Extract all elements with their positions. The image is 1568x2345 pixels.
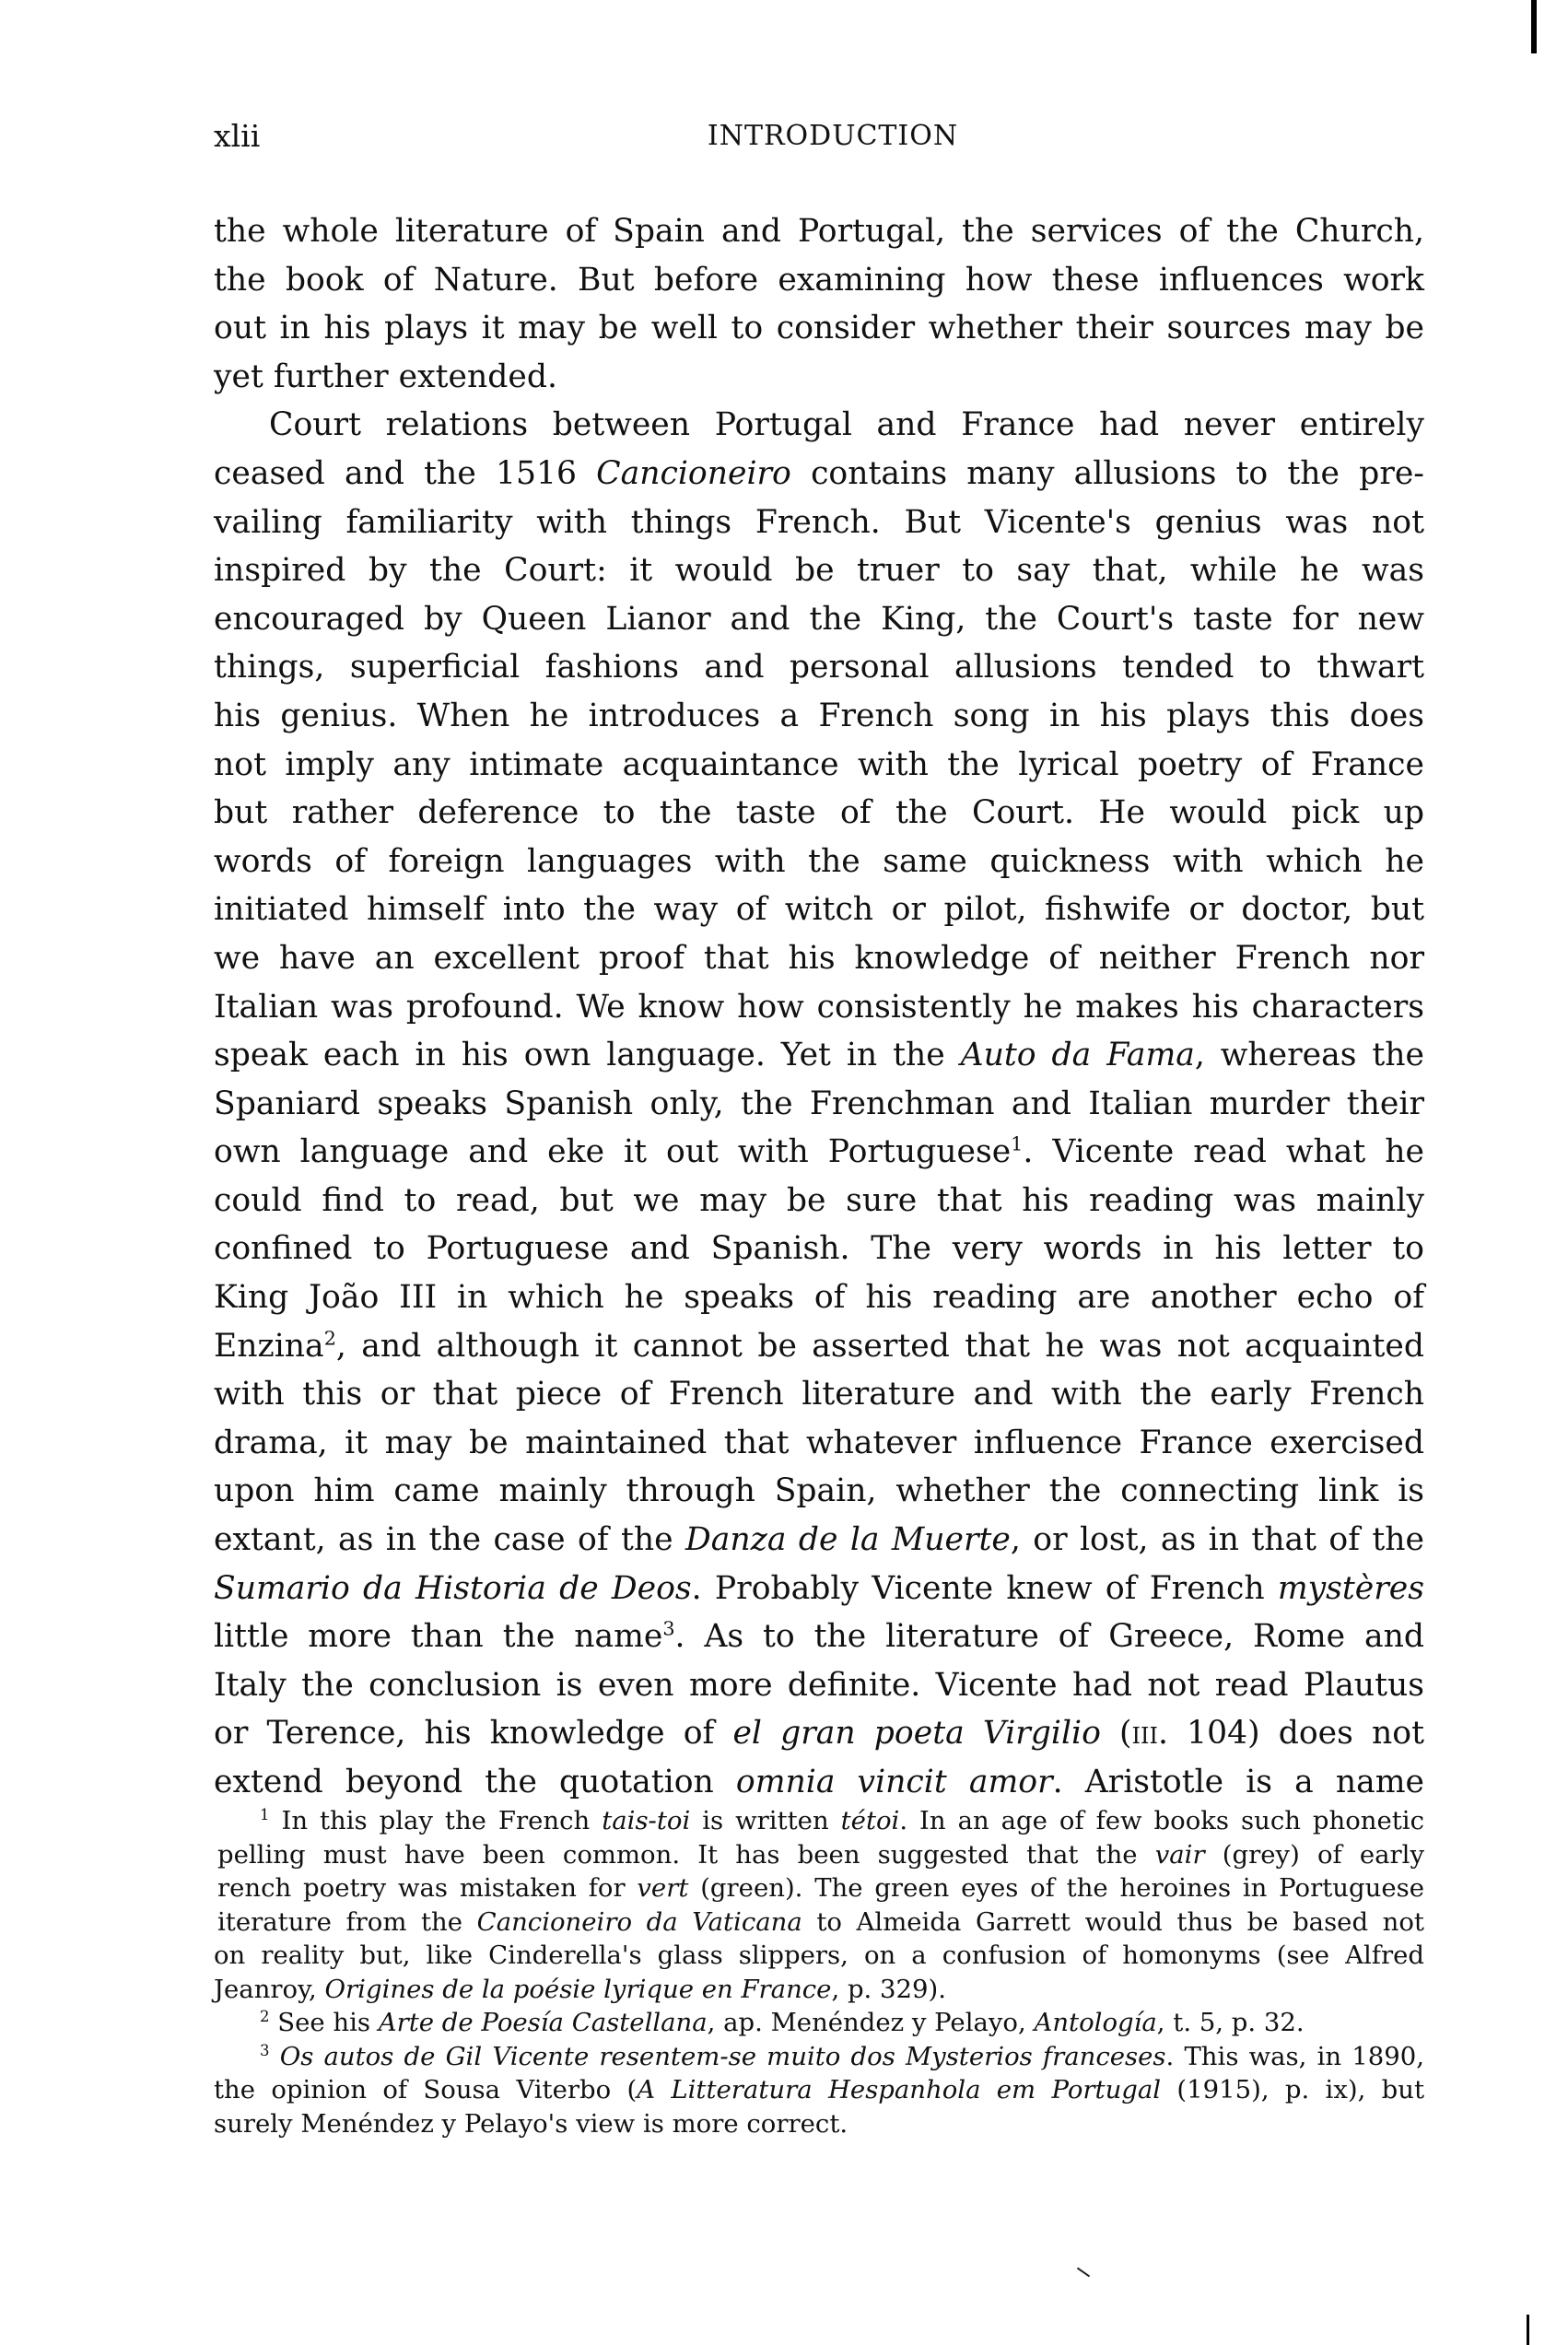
text-line: inspired by the Court: it would be truer… (214, 546, 1424, 595)
text-line: words of foreign languages with the same… (214, 838, 1424, 886)
footnote-ref: 2 (324, 1327, 336, 1349)
text-line: Italy the conclusion is even more defini… (214, 1661, 1424, 1710)
footnote-line: 3 Os autos de Gil Vicente resentem-se mu… (214, 2040, 1424, 2074)
italic-text: Os autos de Gil Vicente resentem-se muit… (280, 2042, 1166, 2071)
footnote-ref: 3 (260, 2041, 270, 2058)
text-line: speak each in his own language. Yet in t… (214, 1031, 1424, 1080)
text-line: Court relations between Portugal and Fra… (214, 401, 1424, 450)
footnote-ref: 1 (1011, 1133, 1023, 1155)
scan-edge-mark-bottom (1527, 2315, 1529, 2345)
text-line: upon him came mainly through Spain, whet… (214, 1467, 1424, 1516)
text-line: encouraged by Queen Lianor and the King,… (214, 595, 1424, 644)
italic-text: Danza de la Muerte (685, 1521, 1011, 1558)
italic-text: tais-toi (602, 1806, 690, 1835)
footnote-ref: 3 (662, 1618, 674, 1640)
text-line: the whole literature of Spain and Portug… (214, 207, 1424, 256)
italic-text: mystères (1278, 1570, 1424, 1607)
text-line: little more than the name3. As to the li… (214, 1612, 1424, 1661)
footnotes: 1 In this play the French tais-toi is wr… (214, 1804, 1424, 2140)
italic-text: Antología (1034, 2008, 1156, 2037)
footnote-line: on reality but, like Cinderella's glass … (214, 1939, 1424, 1973)
text-line: out in his plays it may be well to consi… (214, 304, 1424, 353)
text-line: drama, it may be maintained that whateve… (214, 1419, 1424, 1468)
text-line: could find to read, but we may be sure t… (214, 1177, 1424, 1225)
text-line: Italian was profound. We know how consis… (214, 983, 1424, 1032)
italic-text: vair (1155, 1840, 1205, 1870)
text-line: initiated himself into the way of witch … (214, 885, 1424, 934)
text-line: extend beyond the quotation omnia vincit… (214, 1758, 1424, 1807)
italic-text: Auto da Fama (961, 1037, 1195, 1073)
scan-stray-mark (1077, 2268, 1090, 2278)
footnote-line: surely Menéndez y Pelayo's view is more … (214, 2107, 1424, 2141)
footnote-line: iterature from the Cancioneiro da Vatica… (214, 1905, 1424, 1940)
italic-text: Arte de Poesía Castellana (379, 2008, 708, 2037)
italic-text: Cancioneiro da Vaticana (477, 1907, 802, 1937)
text-line: but rather deference to the taste of the… (214, 789, 1424, 838)
body-text: the whole literature of Spain and Portug… (214, 207, 1424, 1807)
footnote-ref: 1 (260, 1806, 270, 1823)
running-title: INTRODUCTION (214, 120, 1424, 152)
italic-text: Origines de la poésie lyrique en France (324, 1975, 831, 2004)
running-head: xlii INTRODUCTION (214, 118, 1424, 155)
italic-text: omnia vincit amor (736, 1764, 1053, 1800)
text-line: with this or that piece of French litera… (214, 1370, 1424, 1419)
text-line: we have an excellent proof that his know… (214, 934, 1424, 983)
italic-text: tétoi (841, 1806, 900, 1835)
footnote-line: rench poetry was mistaken for vert (gree… (214, 1871, 1424, 1905)
text-line: things, superficial fashions and persona… (214, 643, 1424, 692)
text-line: ceased and the 1516 Cancioneiro contains… (214, 450, 1424, 498)
text-line: Sumario da Historia de Deos. Probably Vi… (214, 1565, 1424, 1613)
footnote-line: pelling must have been common. It has be… (214, 1838, 1424, 1872)
footnote-line: the opinion of Sousa Viterbo (A Litterat… (214, 2073, 1424, 2107)
scan-edge-mark-top (1531, 0, 1537, 53)
footnote-ref: 2 (260, 2008, 270, 2025)
text-line: vailing familiarity with things French. … (214, 498, 1424, 547)
text-line: not imply any intimate acquaintance with… (214, 741, 1424, 790)
footnote-line: Jeanroy, Origines de la poésie lyrique e… (214, 1973, 1424, 2007)
footnote-line: 1 In this play the French tais-toi is wr… (214, 1804, 1424, 1838)
text-line: yet further extended. (214, 353, 1424, 402)
text-line: Spaniard speaks Spanish only, the French… (214, 1080, 1424, 1129)
book-page: xlii INTRODUCTION the whole literature o… (0, 0, 1568, 2345)
text-line: confined to Portuguese and Spanish. The … (214, 1225, 1424, 1273)
text-line: extant, as in the case of the Danza de l… (214, 1516, 1424, 1565)
italic-text: Sumario da Historia de Deos (214, 1570, 692, 1607)
text-line: own language and eke it out with Portugu… (214, 1128, 1424, 1177)
text-line: his genius. When he introduces a French … (214, 692, 1424, 741)
text-line: Enzina2, and although it cannot be asser… (214, 1322, 1424, 1371)
small-caps-text: iii (1132, 1715, 1158, 1752)
text-line: King João III in which he speaks of his … (214, 1273, 1424, 1322)
italic-text: Cancioneiro (596, 455, 791, 492)
text-line: or Terence, his knowledge of el gran poe… (214, 1709, 1424, 1758)
italic-text: vert (637, 1873, 688, 1903)
footnote-line: 2 See his Arte de Poesía Castellana, ap.… (214, 2006, 1424, 2040)
text-line: the book of Nature. But before examining… (214, 256, 1424, 305)
italic-text: el gran poeta Virgilio (732, 1715, 1100, 1752)
italic-text: A Litteratura Hespanhola em Portugal (637, 2075, 1161, 2105)
